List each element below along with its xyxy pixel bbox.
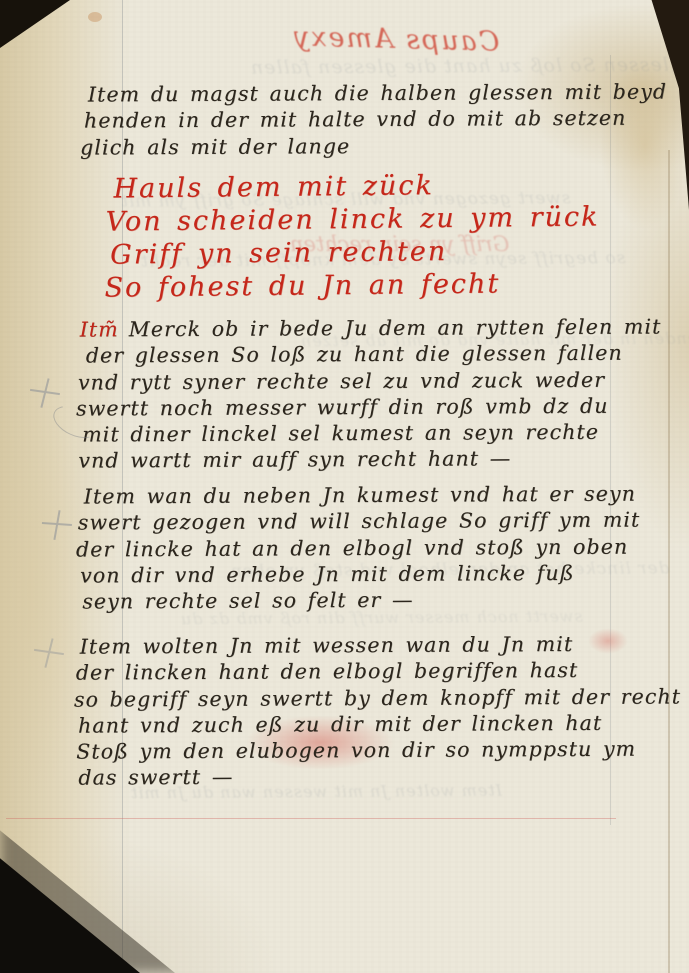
text-line: von dir vnd erhebe Jn mit dem lincke fuß	[80, 559, 641, 588]
paragraph-4: Item wolten Jn mit wessen wan du Jn mit …	[80, 630, 682, 791]
text-line: seyn rechte sel so felt er —	[82, 586, 641, 615]
rubricated-verse: Hauls dem mit zück Von scheiden linck zu…	[113, 167, 600, 304]
pencil-cross-mark	[30, 378, 60, 408]
text-line: glich als mit der lange	[80, 131, 667, 160]
text-line: vnd rytt syner rechte sel zu vnd zuck we…	[78, 366, 662, 395]
text-span: Merck ob ir bede Ju dem an rytten felen …	[129, 314, 662, 341]
text-line: hant vnd zuch eß zu dir mit der lincken …	[78, 709, 681, 738]
pencil-cross-mark	[34, 638, 64, 668]
text-line: Item wolten Jn mit wessen wan du Jn mit	[80, 630, 681, 659]
text-line: Item wan du neben Jn kumest vnd hat er s…	[84, 481, 641, 510]
text-line: henden in der mit halte vnd do mit ab se…	[84, 105, 667, 134]
rubric-initial: Itm̃	[80, 317, 119, 341]
text-line: mit diner linckel sel kumest an seyn rec…	[82, 419, 662, 448]
pencil-cross-mark	[41, 509, 73, 541]
photo-corner-bottom-left	[0, 818, 250, 973]
bleed-through-text: der glessen So loß zu hant die glessen f…	[250, 53, 689, 78]
text-line: vnd wartt mir auff syn recht hant —	[78, 445, 662, 474]
paragraph-1: Item du magst auch die halben glessen mi…	[88, 78, 668, 160]
text-line: so begriff seyn swertt by dem knopff mit…	[74, 683, 681, 712]
text-line: Stoß ym den elubogen von dir so nymppstu…	[76, 736, 681, 765]
text-line: der lincke hat an den elbogl vnd stoß yn…	[76, 533, 641, 562]
text-line: der glessen So loß zu hant die glessen f…	[86, 340, 662, 369]
mirrored-red-offset-text: Caups Amexy	[292, 21, 500, 57]
text-line: swertt noch messer wurff din roß vmb dz …	[76, 392, 662, 421]
manuscript-photograph: der glessen So loß zu hant die glessen f…	[0, 0, 689, 973]
text-line: das swertt —	[78, 762, 681, 791]
text-line: Item du magst auch die halben glessen mi…	[88, 78, 667, 107]
verse-line: So fohest du Jn an fecht	[104, 266, 600, 304]
paragraph-2: Itm̃Merck ob ir bede Ju dem an rytten fe…	[80, 313, 663, 474]
text-line: der lincken hant den elbogl begriffen ha…	[76, 657, 681, 686]
verse-line: Griff yn sein rechten	[110, 233, 600, 271]
rust-stain	[88, 12, 102, 22]
text-line: swert gezogen vnd will schlage So griff …	[78, 507, 641, 536]
verse-line: Von scheiden linck zu ym rück	[106, 200, 600, 238]
verse-line: Hauls dem mit zück	[113, 167, 599, 205]
text-line: Itm̃Merck ob ir bede Ju dem an rytten fe…	[80, 313, 662, 342]
paragraph-3: Item wan du neben Jn kumest vnd hat er s…	[84, 481, 641, 615]
